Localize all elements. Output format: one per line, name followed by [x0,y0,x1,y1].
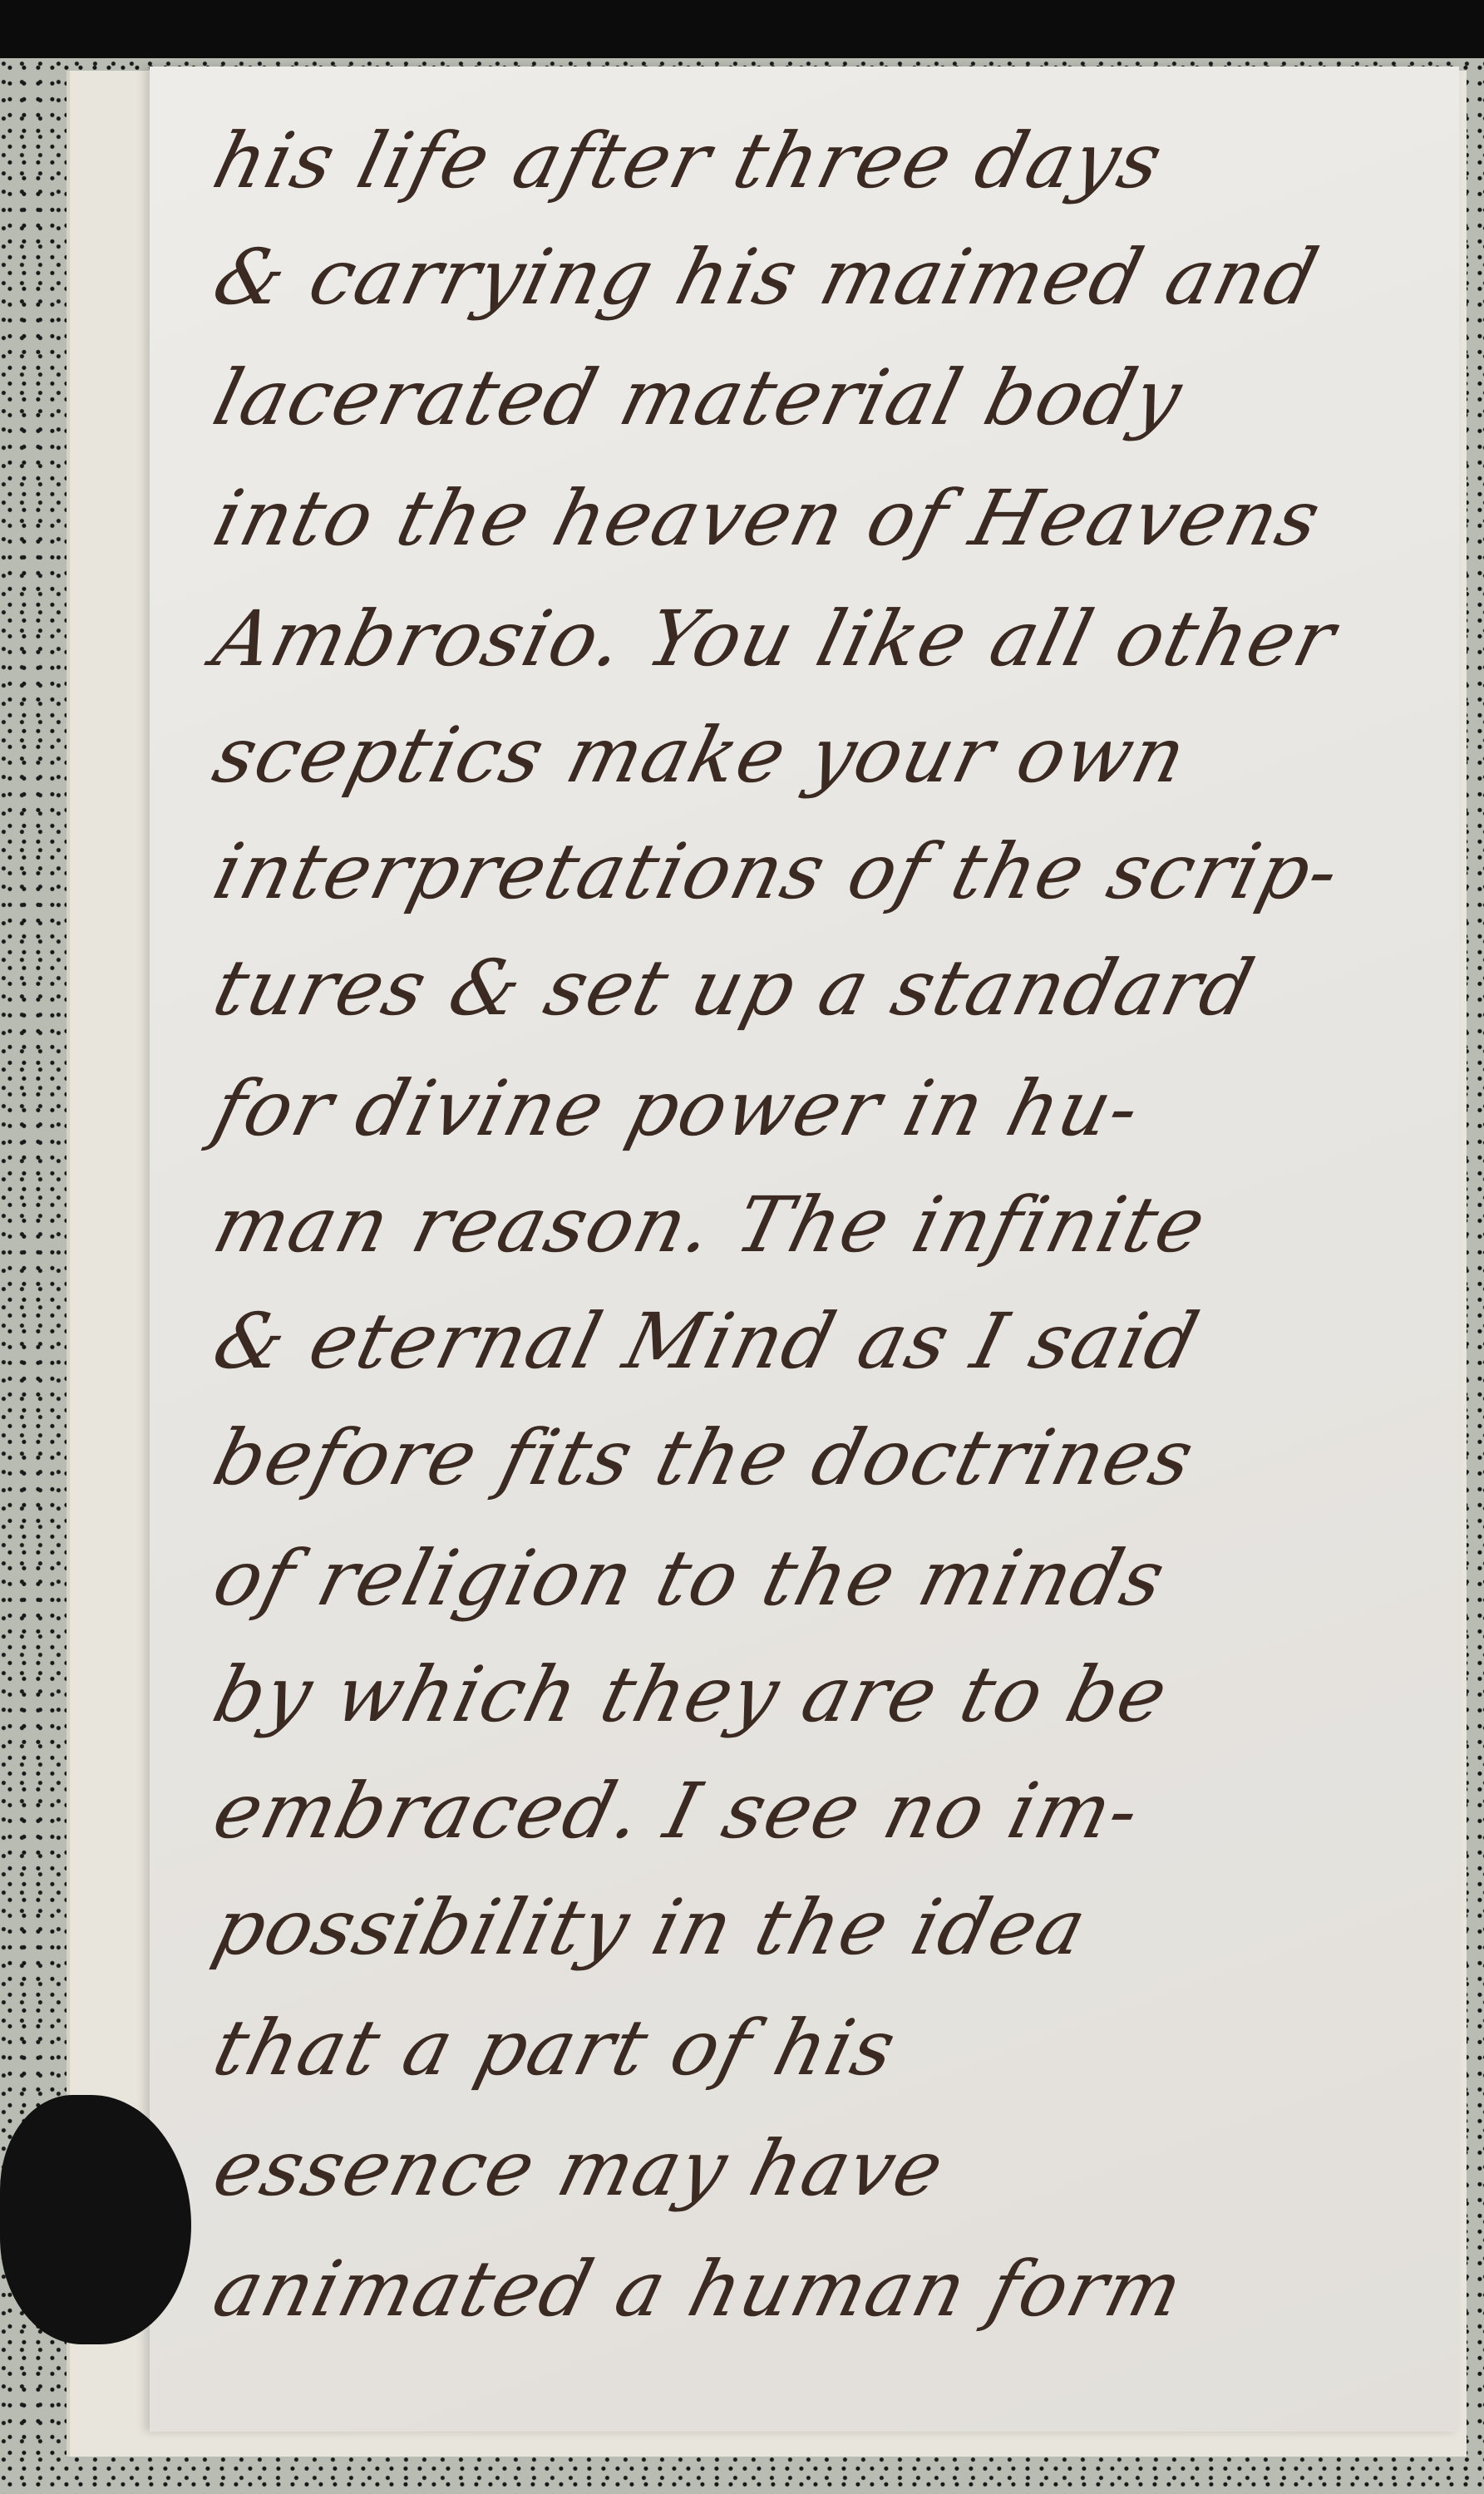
text-line: his life after three days [205,116,1172,205]
text-line: that a part of his [205,2004,906,2092]
text-line: by which they are to be [205,1650,1178,1739]
text-line: essence may have [205,2124,954,2213]
text-line: Ambrosio. You like all other [205,594,1345,683]
text-line: animated a human form [205,2245,1193,2334]
text-line: of religion to the minds [205,1534,1175,1623]
text-line: tures & set up a standard [205,944,1264,1033]
text-line: sceptics make your own [205,711,1196,800]
text-line: into the heaven of Heavens [205,474,1330,563]
text-line: interpretations of the scrip- [205,827,1349,916]
text-line: & eternal Mind as I said [205,1297,1209,1386]
text-line: possibility in the idea [205,1883,1097,1972]
text-line: lacerated material body [205,353,1192,442]
text-line: embraced. I see no im- [205,1767,1150,1856]
text-line: before fits the doctrines [205,1413,1204,1502]
text-line: for divine power in hu- [205,1064,1150,1153]
text-line: & carrying his maimed and [205,233,1328,322]
manuscript-page: his life after three days & carrying his… [150,67,1459,2432]
text-line: man reason. The infinite [205,1180,1215,1269]
